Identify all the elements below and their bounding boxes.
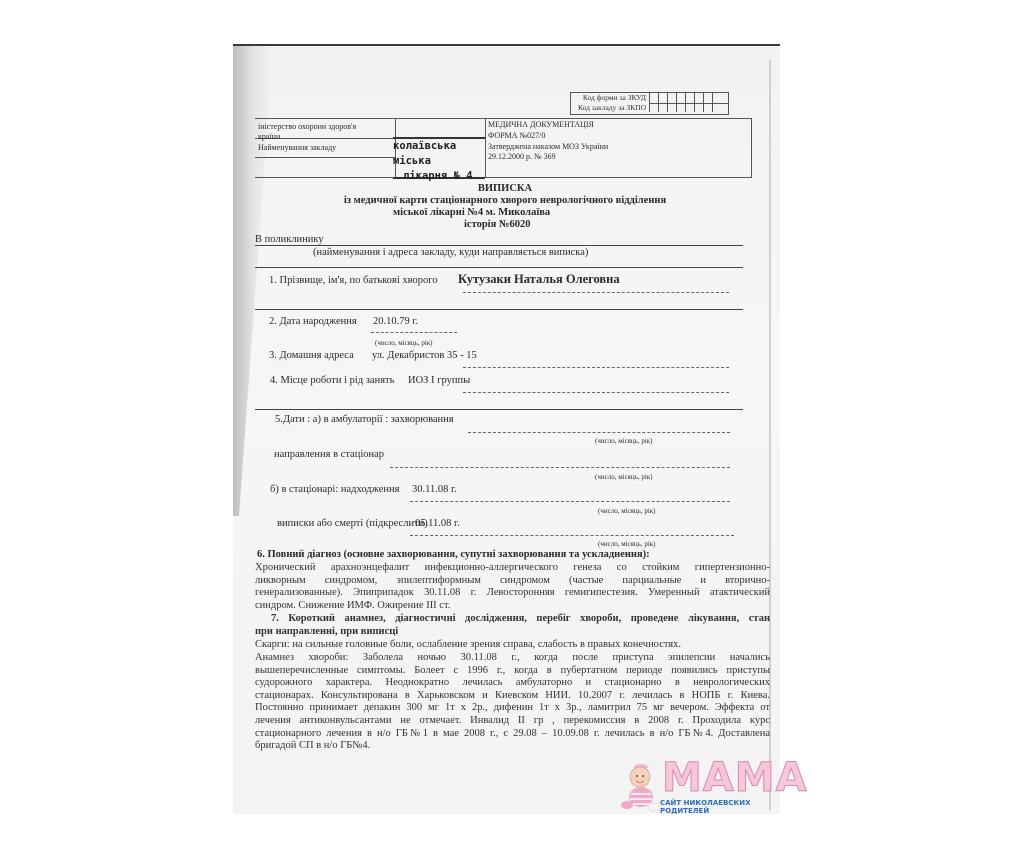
anamnesis-line: стационарного лечения в н/о ГБ№1 в мае 2… — [255, 728, 770, 741]
address-value: ул. Декабристов 35 - 15 — [372, 350, 477, 361]
anamnesis-line: бригадой СП в н/о ГБ№4. — [255, 740, 770, 753]
watermark-brand: МАМА — [662, 755, 808, 801]
anamnesis-line: судорожного характера. Неоднократно лечи… — [255, 677, 770, 690]
diagnosis-heading: 6. Повний діагноз (основне захворювання,… — [257, 549, 650, 560]
discharge-value: 05.11.08 г. — [415, 518, 460, 529]
anamnesis-line: стационарах. Консультирована в Харьковск… — [255, 690, 770, 703]
diagnosis-line: синдром. Снижение ИМФ. Ожирение III ст. — [255, 600, 770, 613]
doc-subtitle: із медичної карти стаціонарного хворого … — [255, 195, 755, 206]
date-caption-3: (число, місяць, рік) — [598, 507, 656, 515]
work-label: 4. Місце роботи і рід занять — [270, 375, 394, 386]
referral-label: направлення в стаціонар — [274, 449, 384, 460]
dob-caption: (число, місяць, рік) — [375, 339, 433, 347]
doc-history-number: історія №6020 — [464, 219, 530, 230]
dob-label: 2. Дата народження — [269, 316, 357, 327]
doc-line4: 29.12.2000 р. № 369 — [488, 152, 556, 161]
anamnesis-line: лечения антиконвульсантами не отмечает. … — [255, 715, 770, 728]
discharge-label: виписки або смерті (підкреслити) — [277, 518, 428, 529]
stamp-line2: лікарня № 4 — [393, 169, 485, 184]
date-caption-1: (число, місяць, рік) — [595, 437, 653, 445]
zkud-label: Код форми за ЗКУД — [583, 93, 646, 102]
stamp-line1: колаївська міська — [393, 139, 485, 169]
anamnesis-line: Постоянно принимает депакин 300 мг 1т х … — [255, 702, 770, 715]
anamnesis-heading-line2: при направленні, при виписці — [255, 626, 770, 639]
anamnesis-heading-line1: 7. Короткий анамнез, діагностичні дослід… — [255, 613, 770, 626]
date-caption-2: (число, місяць, рік) — [595, 473, 653, 481]
doc-title: ВИПИСКА — [255, 183, 755, 194]
doc-line2: ФОРМА №027/0 — [488, 131, 545, 140]
address-label: 3. Домашня адреса — [269, 350, 354, 361]
anamnesis-line: Анамнез хвороби: Заболела ночью 30.11.08… — [255, 652, 770, 665]
baby-icon — [620, 757, 662, 813]
work-value: ИОЗ I группы — [408, 375, 470, 386]
admission-label: б) в стаціонарі: надходження — [270, 484, 399, 495]
date-caption-4: (число, місяць, рік) — [598, 540, 656, 548]
doc-line3: Затверджена наказом МОЗ України — [488, 142, 608, 151]
diagnosis-line: Хронический арахноэнцефалит инфекционно-… — [255, 562, 770, 575]
institution-label: Найменування закладу — [258, 143, 336, 152]
form-code-box: Код форми за ЗКУД Код закладу за ЗКПО — [570, 92, 729, 115]
anamnesis-heading: 7. Короткий анамнез, діагностичні дослід… — [255, 613, 770, 638]
zkpo-label: Код закладу за ЗКПО — [578, 103, 646, 112]
anamnesis-text: Анамнез хвороби: Заболела ночью 30.11.08… — [255, 652, 770, 753]
watermark-tagline: САЙТ НИКОЛАЕВСКИХ РОДИТЕЛЕЙ — [660, 799, 790, 815]
diagnosis-line: генерализованные). Эпиприпадок 30.11.08 … — [255, 587, 770, 600]
ministry-line2: країни — [258, 132, 280, 141]
hospital-stamp: колаївська міська лікарня № 4 — [393, 137, 485, 179]
destination-caption: (найменування і адреса закладу, куди нап… — [313, 247, 588, 258]
admission-value: 30.11.08 г. — [412, 484, 457, 495]
diagnosis-text: Хронический арахноэнцефалит инфекционно-… — [255, 562, 770, 612]
doc-line1: МЕДИЧНА ДОКУМЕНТАЦІЯ — [488, 120, 594, 129]
name-label: 1. Прізвище, ім'я, по батькові хворого — [269, 275, 438, 286]
dob-value: 20.10.79 г. — [373, 316, 418, 327]
diagnosis-line: ликворным синдромом, эпилептиформным син… — [255, 575, 770, 588]
anamnesis-line: вышеперечисленные симптомы. Болеет с 199… — [255, 665, 770, 678]
dates-label: 5.Дати : а) в амбулаторії : захворювання — [275, 414, 454, 425]
complaints: Скарги: на сильные головные боли, ослабл… — [255, 639, 681, 650]
destination-value: В поликлинику — [255, 234, 324, 245]
watermark-logo: МАМА САЙТ НИКОЛАЕВСКИХ РОДИТЕЛЕЙ — [620, 755, 790, 815]
ministry-line1: іністерство охорони здоров'я — [258, 122, 356, 131]
patient-name: Кутузаки Наталья Олеговна — [458, 272, 620, 287]
doc-hospital: міської лікарні №4 м. Миколаїва — [393, 207, 550, 218]
